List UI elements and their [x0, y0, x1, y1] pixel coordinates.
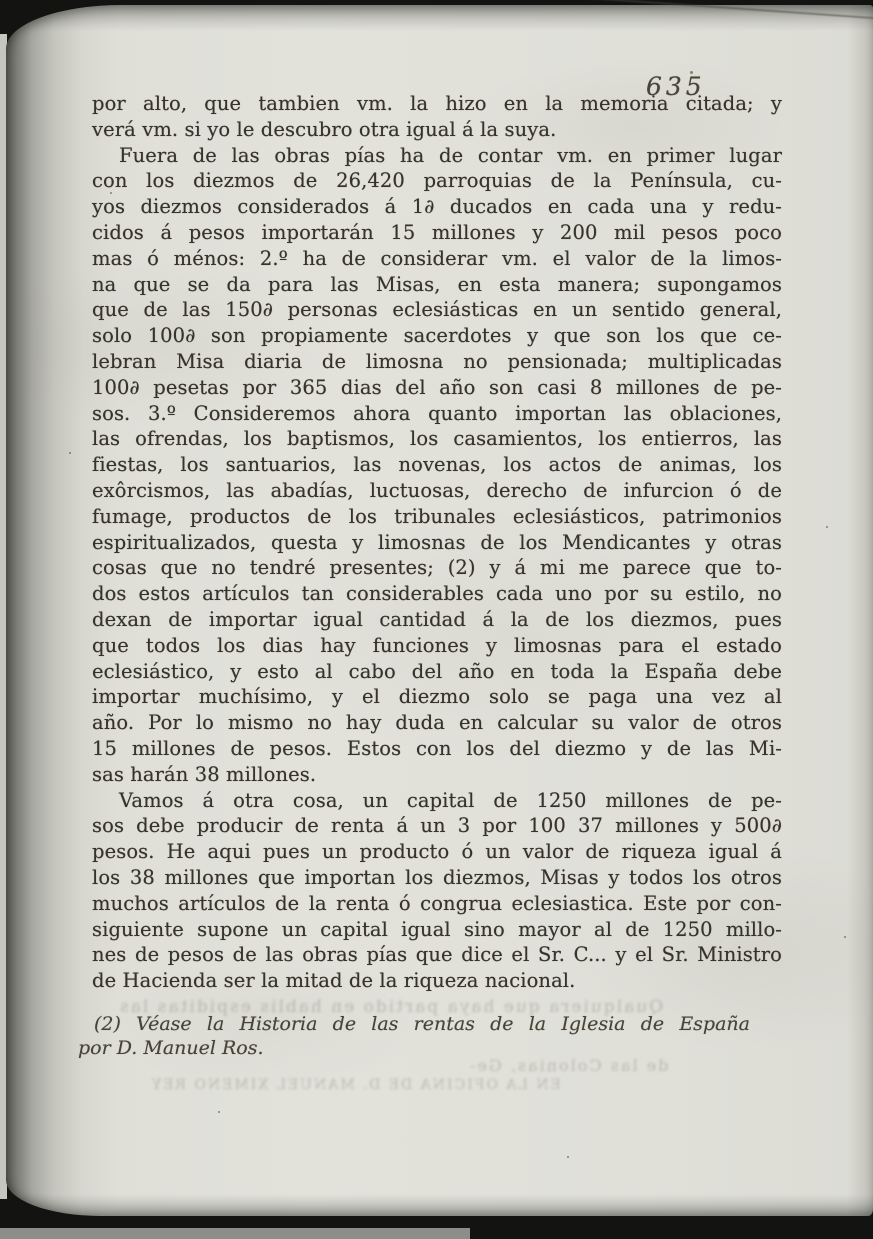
- bleedthrough-line: EN LA OFICINA DE D. MANUEL XIMENO REY: [150, 1077, 561, 1093]
- text-line: importar muchísimo, y el diezmo solo se …: [92, 684, 782, 710]
- text-line: dexan de importar igual cantidad á la de…: [92, 607, 782, 633]
- text-line: cidos á pesos importarán 15 millones y 2…: [92, 220, 782, 246]
- text-line: cosas que no tendré presentes; (2) y á m…: [92, 555, 782, 581]
- text-line: pesos. He aqui pues un producto ó un val…: [92, 839, 782, 865]
- text-line: que de las 150∂ personas eclesiásticas e…: [92, 297, 782, 323]
- footnote-line: (2) Véase la Historia de las rentas de l…: [78, 1013, 750, 1037]
- text-line: sos debe producir de renta á un 3 por 10…: [92, 813, 782, 839]
- text-line: 100∂ pesetas por 365 dias del año son ca…: [92, 375, 782, 401]
- text-line: lebran Misa diaria de limosna no pension…: [92, 349, 782, 375]
- text-line: Fuera de las obras pías ha de contar vm.…: [92, 143, 782, 169]
- text-line: fumage, productos de los tribunales ecle…: [92, 504, 782, 530]
- text-line: sos. 3.º Consideremos ahora quanto impor…: [92, 401, 782, 427]
- text-line: mas ó ménos: 2.º ha de considerar vm. el…: [92, 246, 782, 272]
- text-line: que todos los dias hay funciones y limos…: [92, 633, 782, 659]
- body-text: por alto, que tambien vm. la hizo en la …: [92, 91, 782, 994]
- paper-speck: [567, 1156, 569, 1158]
- text-line: los 38 millones que importan los diezmos…: [92, 865, 782, 891]
- text-line: na que se da para las Misas, en esta man…: [92, 272, 782, 298]
- text-line: eclesiástico, y esto al cabo del año en …: [92, 659, 782, 685]
- crease-line: [588, 0, 873, 20]
- text-line: dos estos artículos tan considerables ca…: [92, 581, 782, 607]
- footnote-line: por D. Manuel Ros.: [78, 1037, 750, 1061]
- paper-speck: [826, 526, 828, 528]
- text-line: muchos artículos de la renta ó congrua e…: [92, 891, 782, 917]
- text-line: exôrcismos, las abadías, luctuosas, dere…: [92, 478, 782, 504]
- scanner-bed-strip: [0, 1228, 470, 1239]
- footnote: (2) Véase la Historia de las rentas de l…: [78, 1013, 750, 1060]
- text-line: sas harán 38 millones.: [92, 762, 782, 788]
- text-line: de Hacienda ser la mitad de la riqueza n…: [92, 968, 782, 994]
- text-line: año. Por lo mismo no hay duda en calcula…: [92, 710, 782, 736]
- scanned-book-page: 635 Qualquiera que haya partido en habli…: [0, 0, 873, 1239]
- text-line: verá vm. si yo le descubro otra igual á …: [92, 117, 782, 143]
- text-line: las ofrendas, los baptismos, los casamie…: [92, 426, 782, 452]
- text-line: con los diezmos de 26,420 parroquias de …: [92, 168, 782, 194]
- text-line: siguiente supone un capital igual sino m…: [92, 917, 782, 943]
- text-line: Vamos á otra cosa, un capital de 1250 mi…: [92, 788, 782, 814]
- paper-speck: [218, 1111, 220, 1113]
- paper-speck: [844, 936, 846, 938]
- paper-speck: [69, 452, 71, 454]
- text-line: espiritualizados, questa y limosnas de l…: [92, 530, 782, 556]
- text-line: fiestas, los santuarios, las novenas, lo…: [92, 452, 782, 478]
- text-line: 15 millones de pesos. Estos con los del …: [92, 736, 782, 762]
- text-line: por alto, que tambien vm. la hizo en la …: [92, 91, 782, 117]
- text-line: yos diezmos considerados á 1∂ ducados en…: [92, 194, 782, 220]
- text-line: nes de pesos de las obras pías que dice …: [92, 942, 782, 968]
- text-line: solo 100∂ son propiamente sacerdotes y q…: [92, 323, 782, 349]
